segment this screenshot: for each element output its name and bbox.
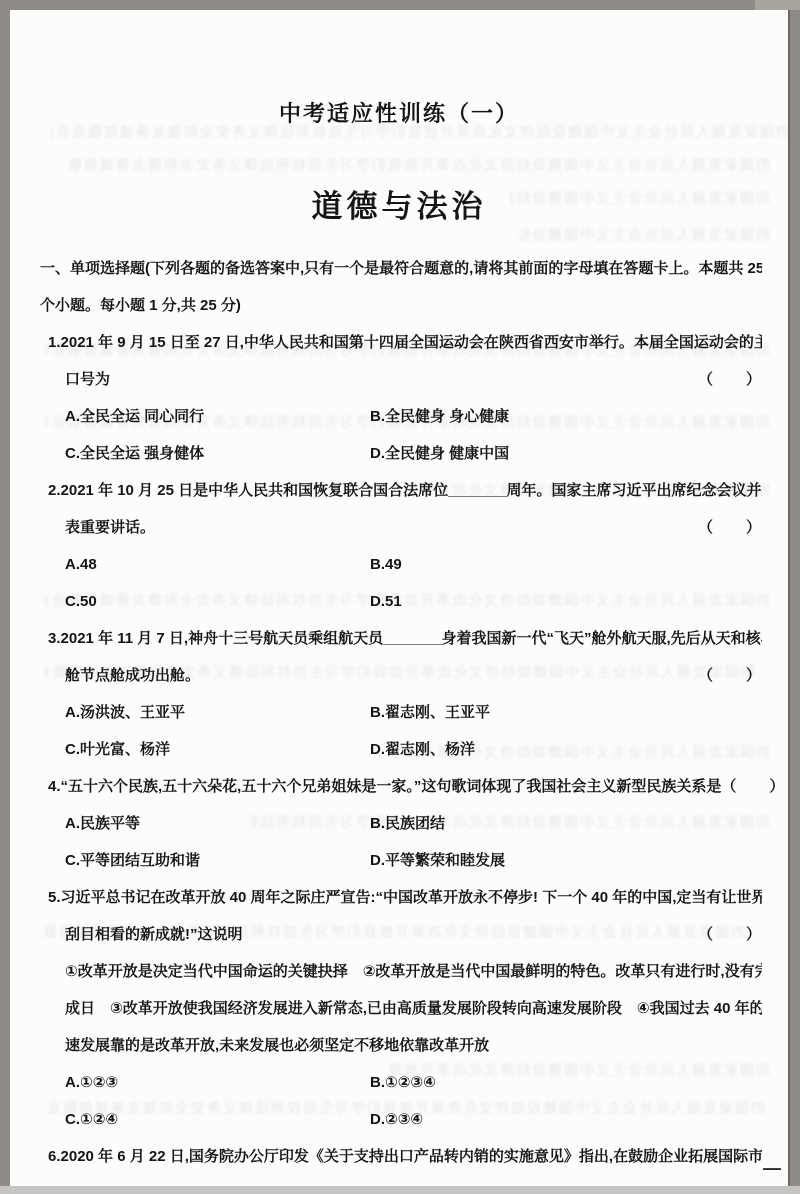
question-stem-line: 1.2021 年 9 月 15 日至 27 日,中华人民共和国第十四届全国运动会… (48, 324, 762, 361)
question-stem-line: 5.习近平总书记在改革开放 40 周年之际庄严宣告:“中国改革开放永不停步! 下… (48, 879, 762, 916)
option-c: C.50 (65, 583, 370, 620)
question-stem-line: 表重要讲话。 （ ） (65, 509, 762, 546)
question-stem-line: 口号为 （ ） (65, 361, 762, 398)
question-2: 2.2021 年 10 月 25 日是中华人民共和国恢复联合国合法席位_____… (40, 472, 762, 620)
option-a: A.①②③ (65, 1064, 370, 1101)
subject-title: 道德与法治 (10, 181, 788, 226)
scan-corner-highlight (755, 0, 800, 10)
option-d: D.平等繁荣和睦发展 (370, 842, 762, 879)
options-grid: A.汤洪波、王亚平 B.翟志刚、王亚平 C.叶光富、杨洋 D.翟志刚、杨洋 (65, 694, 762, 768)
question-stem-text: 舱节点舱成功出舱。 (65, 657, 200, 694)
option-c: C.全民全运 强身健体 (65, 435, 370, 472)
option-d: D.全民健身 健康中国 (370, 435, 762, 472)
question-stem-text: 刮目相看的新成就!”这说明 (65, 916, 243, 953)
answer-bracket: （ ） (698, 916, 762, 953)
option-b: B.翟志刚、王亚平 (370, 694, 762, 731)
question-stem-text: 口号为 (65, 361, 110, 398)
options-grid: A.①②③ B.①②③④ C.①②④ D.②③④ (65, 1064, 762, 1138)
exam-header-title: 中考适应性训练（一） (10, 97, 788, 128)
option-c: C.①②④ (65, 1101, 370, 1138)
exam-paper-page: 的国家发展人民社会主义中国建设经济文化改革开放我们学习生活权利法律义务安全和谐友… (10, 10, 788, 1186)
option-c: C.叶光富、杨洋 (65, 731, 370, 768)
question-stem-line: 舱节点舱成功出舱。 （ ） (65, 657, 762, 694)
question-stem-line: 3.2021 年 11 月 7 日,神舟十三号航天员乘组航天员_______身着… (48, 620, 762, 657)
exam-body: 一、单项选择题(下列各题的备选答案中,只有一个是最符合题意的,请将其前面的字母填… (10, 250, 788, 1175)
question-stem-line: 4.“五十六个民族,五十六朵花,五十六个兄弟姐妹是一家。”这句歌词体现了我国社会… (48, 768, 762, 805)
question-5: 5.习近平总书记在改革开放 40 周年之际庄严宣告:“中国改革开放永不停步! 下… (40, 879, 762, 1138)
option-d: D.②③④ (370, 1101, 762, 1138)
option-a: A.全民全运 同心同行 (65, 398, 370, 435)
question-statement-line: 成日 ③改革开放使我国经济发展进入新常态,已由高质量发展阶段转向高速发展阶段 ④… (65, 990, 762, 1027)
section-heading-line: 一、单项选择题(下列各题的备选答案中,只有一个是最符合题意的,请将其前面的字母填… (40, 250, 762, 287)
options-grid: A.48 B.49 C.50 D.51 (65, 546, 762, 620)
question-stem-text: 4.“五十六个民族,五十六朵花,五十六个兄弟姐妹是一家。”这句歌词体现了我国社会… (48, 768, 721, 805)
question-stem-line: 刮目相看的新成就!”这说明 （ ） (65, 916, 762, 953)
option-a: A.民族平等 (65, 805, 370, 842)
question-stem-line: 6.2020 年 6 月 22 日,国务院办公厅印发《关于支持出口产品转内销的实… (48, 1138, 762, 1175)
option-b: B.全民健身 身心健康 (370, 398, 762, 435)
option-b: B.49 (370, 546, 762, 583)
question-1: 1.2021 年 9 月 15 日至 27 日,中华人民共和国第十四届全国运动会… (40, 324, 762, 472)
option-c: C.平等团结互助和谐 (65, 842, 370, 879)
options-grid: A.民族平等 B.民族团结 C.平等团结互助和谐 D.平等繁荣和睦发展 (65, 805, 762, 879)
answer-bracket: （ ） (698, 509, 762, 546)
section-heading: 一、单项选择题(下列各题的备选答案中,只有一个是最符合题意的,请将其前面的字母填… (40, 250, 762, 324)
answer-bracket: （ ） (721, 768, 785, 805)
option-d: D.51 (370, 583, 762, 620)
question-statement-line: 速发展靠的是改革开放,未来发展也必须坚定不移地依靠改革开放 (65, 1027, 762, 1064)
option-b: B.民族团结 (370, 805, 762, 842)
page-number-dash: — (763, 1158, 781, 1179)
question-6: 6.2020 年 6 月 22 日,国务院办公厅印发《关于支持出口产品转内销的实… (40, 1138, 762, 1175)
question-stem-text: 表重要讲话。 (65, 509, 155, 546)
answer-bracket: （ ） (698, 361, 762, 398)
option-a: A.汤洪波、王亚平 (65, 694, 370, 731)
scan-bottom-edge (0, 1186, 800, 1194)
question-stem-line: 2.2021 年 10 月 25 日是中华人民共和国恢复联合国合法席位_____… (48, 472, 762, 509)
question-3: 3.2021 年 11 月 7 日,神舟十三号航天员乘组航天员_______身着… (40, 620, 762, 768)
question-statement-line: ①改革开放是决定当代中国命运的关键抉择 ②改革开放是当代中国最鲜明的特色。改革只… (65, 953, 762, 990)
option-b: B.①②③④ (370, 1064, 762, 1101)
options-grid: A.全民全运 同心同行 B.全民健身 身心健康 C.全民全运 强身健体 D.全民… (65, 398, 762, 472)
answer-bracket: （ ） (698, 657, 762, 694)
question-4: 4.“五十六个民族,五十六朵花,五十六个兄弟姐妹是一家。”这句歌词体现了我国社会… (40, 768, 762, 879)
section-heading-line: 个小题。每小题 1 分,共 25 分) (40, 287, 762, 324)
option-a: A.48 (65, 546, 370, 583)
option-d: D.翟志刚、杨洋 (370, 731, 762, 768)
